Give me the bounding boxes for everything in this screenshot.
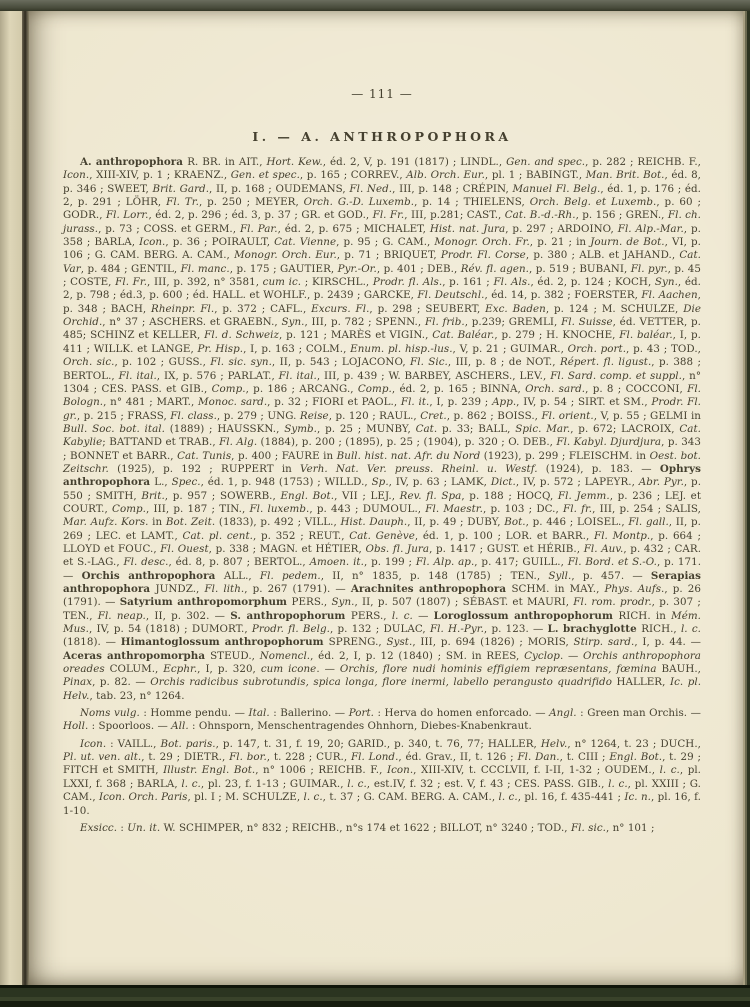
book-page: — 111 — I. — A. ANTHROPOPHORA A. anthrop… (29, 11, 743, 985)
book-left-page-edge (0, 11, 22, 985)
scan-background-bottom-band (0, 985, 750, 1007)
iconography-paragraph: Icon. : VAILL., Bot. paris., p. 147, t. … (63, 738, 701, 818)
page-number: — 111 — (63, 87, 701, 101)
scan-background-top-band (0, 0, 750, 11)
book-right-page-edges (743, 11, 750, 985)
book-gutter-shadow (22, 11, 29, 985)
section-title: I. — A. ANTHROPOPHORA (63, 129, 701, 144)
exsiccata-paragraph: Exsicc. : Un. it. W. SCHIMPER, n° 832 ; … (63, 822, 701, 835)
common-names-paragraph: Noms vulg. : Homme pendu. — Ital. : Ball… (63, 707, 701, 734)
synonymy-paragraph: A. anthropophora R. BR. in AIT., Hort. K… (63, 156, 701, 703)
page-text-block: A. anthropophora R. BR. in AIT., Hort. K… (63, 156, 701, 835)
